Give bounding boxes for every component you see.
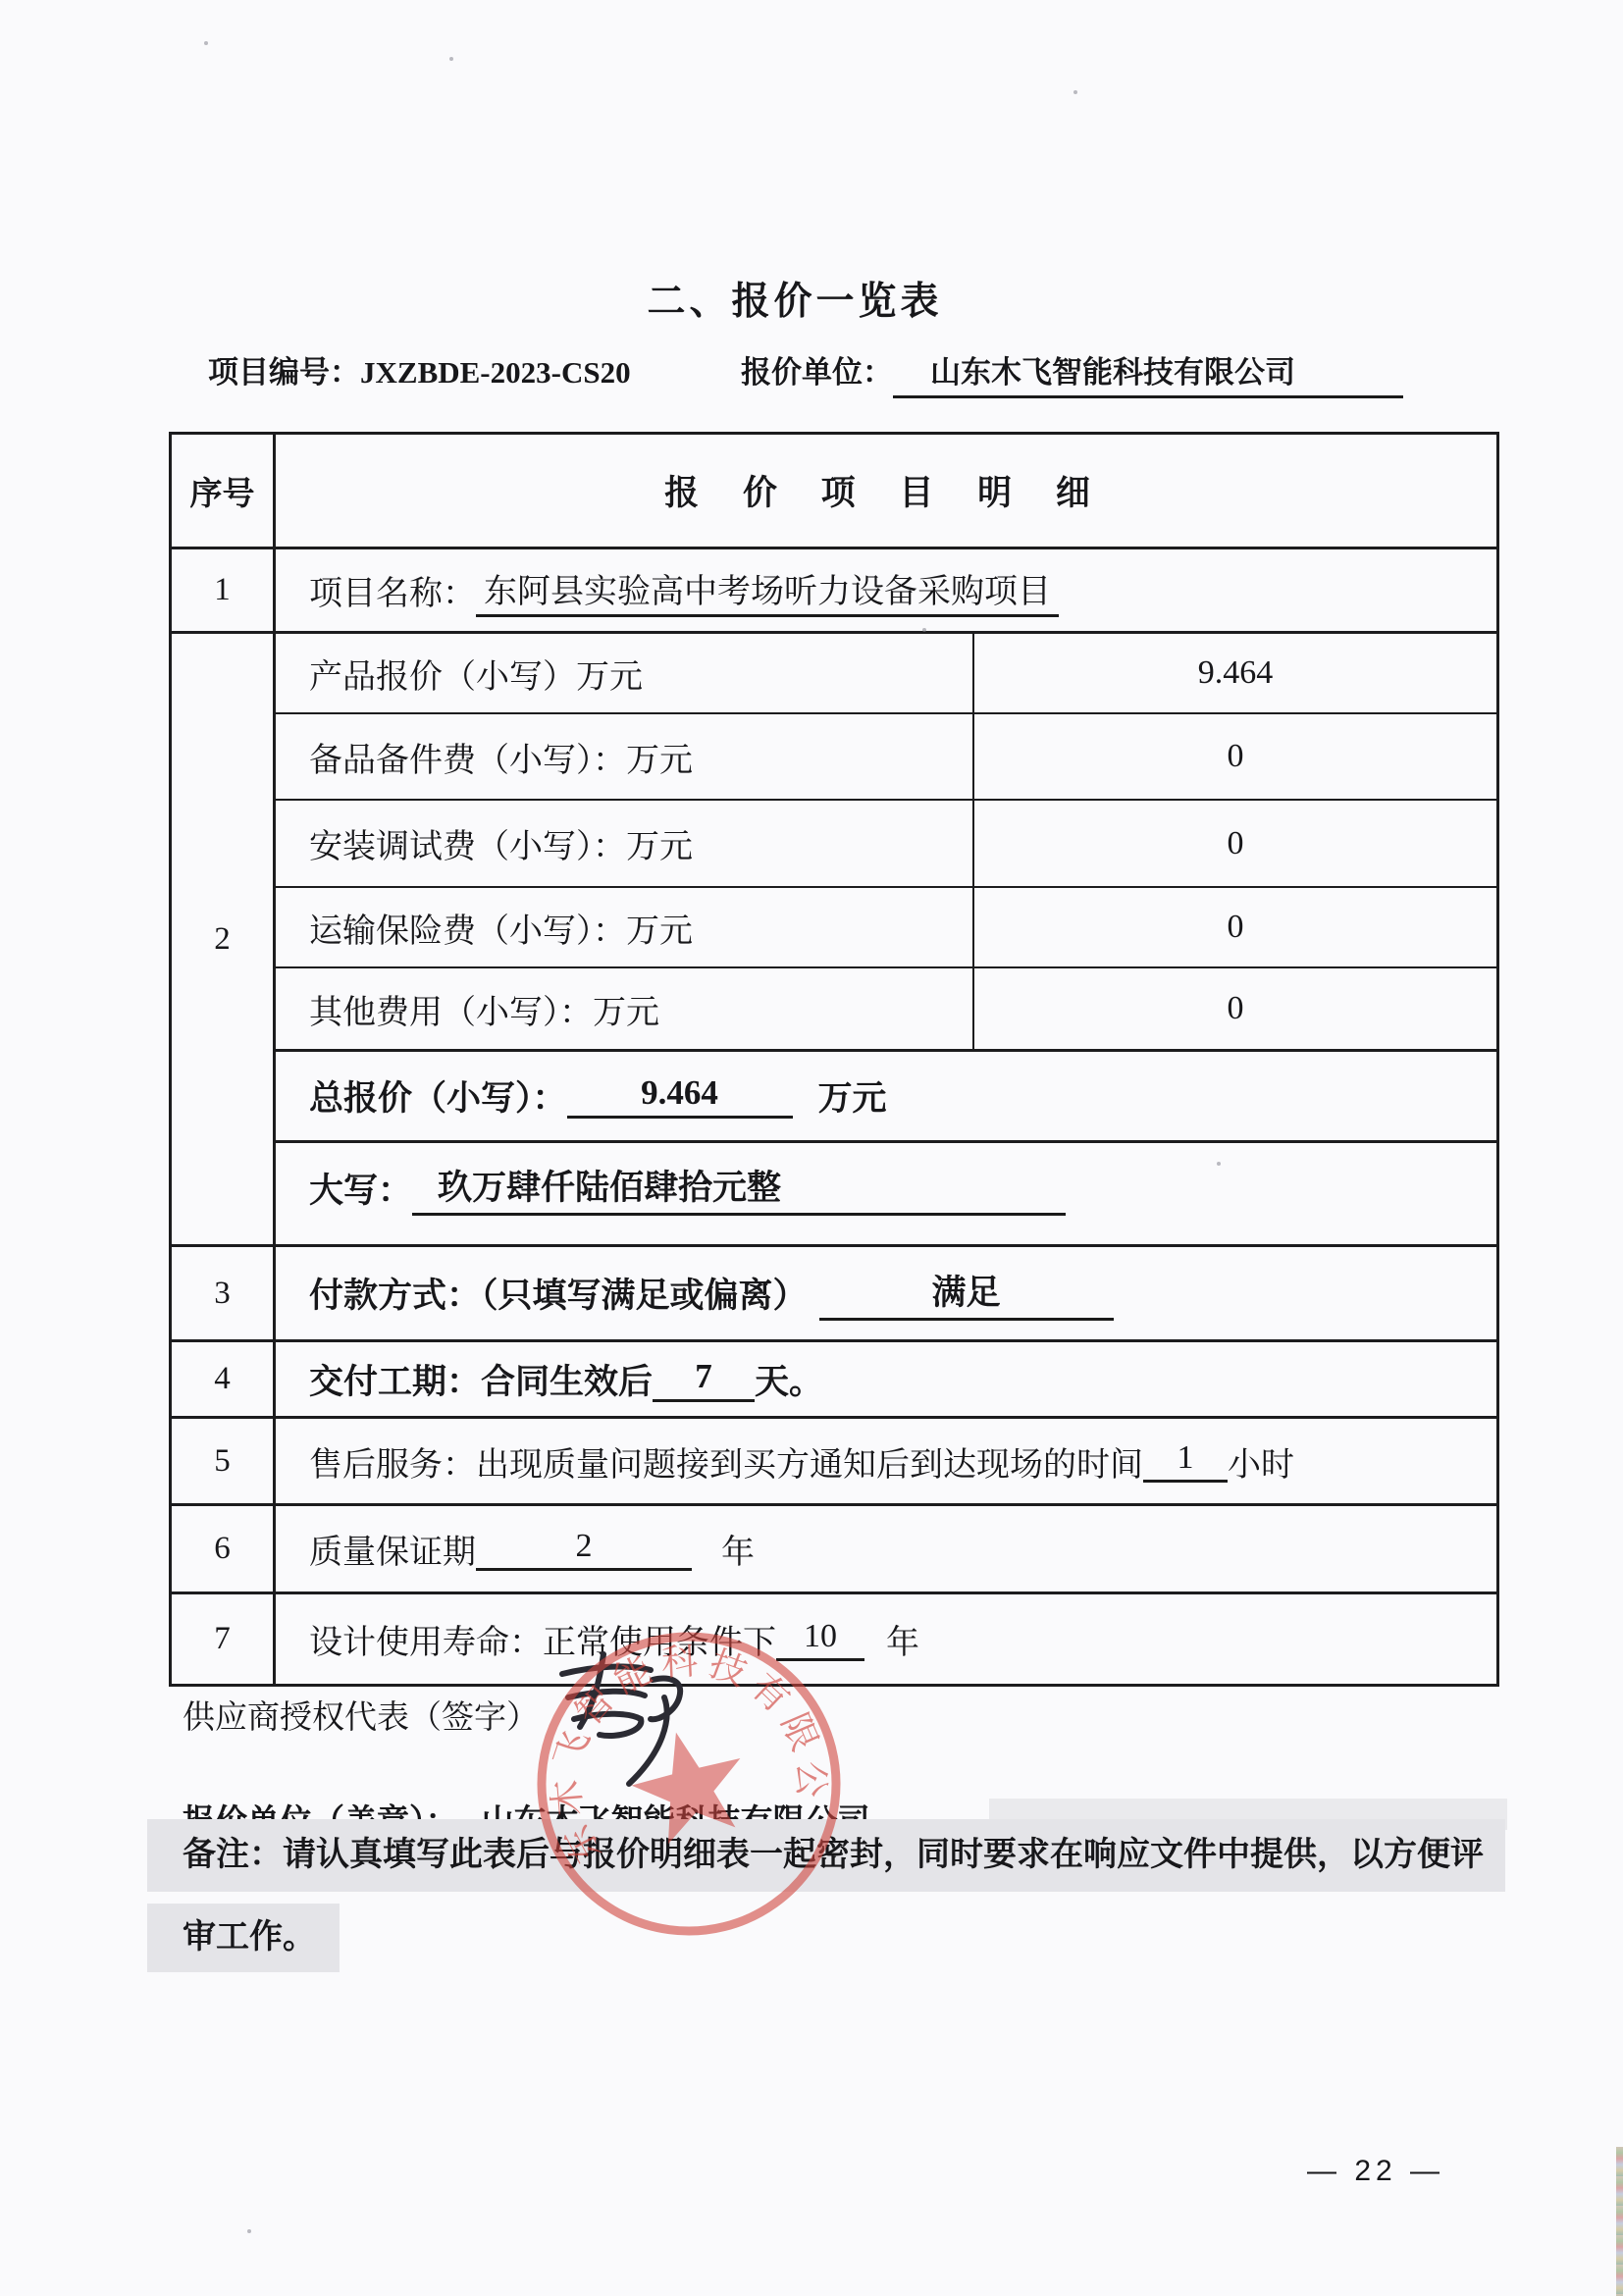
total-price-row: 总报价（小写）：9.464万元 — [276, 1049, 1496, 1140]
payment-label: 付款方式：（只填写满足或偏离） — [309, 1269, 808, 1318]
warranty-label: 质量保证期 — [309, 1525, 476, 1573]
aftersale-suffix: 小时 — [1228, 1437, 1294, 1486]
row4-no: 4 — [172, 1342, 276, 1416]
aftersale-label: 售后服务：出现质量问题接到买方通知后到达现场的时间 — [309, 1437, 1143, 1486]
project-number-label: 项目编号： — [208, 355, 360, 390]
fee-row: 运输保险费（小写）：万元 0 — [276, 886, 1496, 966]
dust-speck — [247, 2229, 251, 2233]
table-row: 4 交付工期：合同生效后7天。 — [172, 1339, 1496, 1416]
total-price-unit: 万元 — [818, 1071, 887, 1121]
row6-no: 6 — [172, 1506, 276, 1592]
total-price-value: 9.464 — [567, 1073, 793, 1119]
dust-speck — [1217, 1162, 1221, 1166]
vendor-name: 山东木飞智能科技有限公司 — [893, 347, 1403, 398]
fee-label: 产品报价（小写）万元 — [276, 634, 974, 712]
row7-content: 设计使用寿命：正常使用条件下10年 — [276, 1594, 1496, 1684]
row5-no: 5 — [172, 1419, 276, 1503]
table-row: 5 售后服务：出现质量问题接到买方通知后到达现场的时间1小时 — [172, 1416, 1496, 1503]
row3-content: 付款方式：（只填写满足或偏离）满足 — [276, 1247, 1496, 1339]
total-price-label: 总报价（小写）： — [309, 1071, 567, 1121]
warranty-value: 2 — [476, 1528, 692, 1571]
dust-speck — [449, 57, 453, 61]
row4-content: 交付工期：合同生效后7天。 — [276, 1342, 1496, 1416]
fee-value: 0 — [974, 888, 1496, 966]
payment-value: 满足 — [819, 1266, 1114, 1321]
amount-in-words-value: 玖万肆仟陆佰肆拾元整 — [412, 1161, 1066, 1216]
table-row: 1 项目名称：东阿县实验高中考场听力设备采购项目 — [172, 547, 1496, 631]
row5-content: 售后服务：出现质量问题接到买方通知后到达现场的时间1小时 — [276, 1419, 1496, 1503]
aftersale-value: 1 — [1143, 1439, 1228, 1483]
scan-edge-noise — [1616, 2147, 1623, 2296]
fee-label: 安装调试费（小写）：万元 — [276, 801, 974, 886]
project-name-value: 东阿县实验高中考场听力设备采购项目 — [476, 564, 1059, 617]
design-life-suffix: 年 — [886, 1615, 919, 1663]
fee-row: 安装调试费（小写）：万元 0 — [276, 799, 1496, 886]
dust-speck — [922, 628, 926, 632]
fee-value: 0 — [974, 968, 1496, 1049]
fee-label: 备品备件费（小写）：万元 — [276, 714, 974, 799]
delivery-suffix: 天。 — [755, 1355, 823, 1404]
fee-label: 其他费用（小写）：万元 — [276, 968, 974, 1049]
fee-value: 9.464 — [974, 634, 1496, 712]
row6-content: 质量保证期2年 — [276, 1506, 1496, 1592]
quotation-table: 序号 报 价 项 目 明 细 1 项目名称：东阿县实验高中考场听力设备采购项目 … — [169, 432, 1499, 1687]
header-no-cell: 序号 — [172, 435, 276, 547]
row1-content: 项目名称：东阿县实验高中考场听力设备采购项目 — [276, 549, 1496, 631]
page-number: — 22 — — [1307, 2155, 1444, 2188]
row7-no: 7 — [172, 1594, 276, 1684]
row2-content: 产品报价（小写）万元 9.464 备品备件费（小写）：万元 0 安装调试费（小写… — [276, 634, 1496, 1244]
amount-in-words-row: 大写：玖万肆仟陆佰肆拾元整 — [276, 1140, 1496, 1233]
note-line-2: 审工作。 — [147, 1904, 340, 1972]
project-number-line: 项目编号：JXZBDE-2023-CS20 — [208, 347, 631, 391]
dust-speck — [204, 41, 208, 45]
page-title: 二、报价一览表 — [0, 271, 1590, 326]
warranty-suffix: 年 — [721, 1525, 755, 1573]
header-detail-cell: 报 价 项 目 明 细 — [276, 435, 1496, 547]
fee-row: 备品备件费（小写）：万元 0 — [276, 712, 1496, 799]
scanned-quotation-page: 二、报价一览表 项目编号：JXZBDE-2023-CS20 报价单位：山东木飞智… — [0, 0, 1623, 2296]
vendor-label: 报价单位： — [741, 355, 893, 390]
fee-value: 0 — [974, 714, 1496, 799]
amount-in-words-label: 大写： — [309, 1164, 412, 1213]
vendor-line: 报价单位：山东木飞智能科技有限公司 — [741, 347, 1403, 398]
project-number-value: JXZBDE-2023-CS20 — [360, 355, 631, 390]
fee-label: 运输保险费（小写）：万元 — [276, 888, 974, 966]
table-row: 6 质量保证期2年 — [172, 1503, 1496, 1592]
table-header-row: 序号 报 价 项 目 明 细 — [172, 435, 1496, 547]
fee-row: 产品报价（小写）万元 9.464 — [276, 634, 1496, 712]
delivery-value: 7 — [653, 1357, 755, 1402]
fee-value: 0 — [974, 801, 1496, 886]
dust-speck — [1073, 90, 1077, 94]
table-row: 3 付款方式：（只填写满足或偏离）满足 — [172, 1244, 1496, 1339]
table-row: 2 产品报价（小写）万元 9.464 备品备件费（小写）：万元 0 安装调试费（… — [172, 631, 1496, 1244]
row2-no: 2 — [172, 634, 276, 1244]
project-name-label: 项目名称： — [309, 566, 476, 614]
row1-no: 1 — [172, 549, 276, 631]
row3-no: 3 — [172, 1247, 276, 1339]
delivery-label: 交付工期：合同生效后 — [309, 1355, 653, 1404]
fee-row: 其他费用（小写）：万元 0 — [276, 966, 1496, 1049]
seal-star-icon — [622, 1719, 757, 1850]
